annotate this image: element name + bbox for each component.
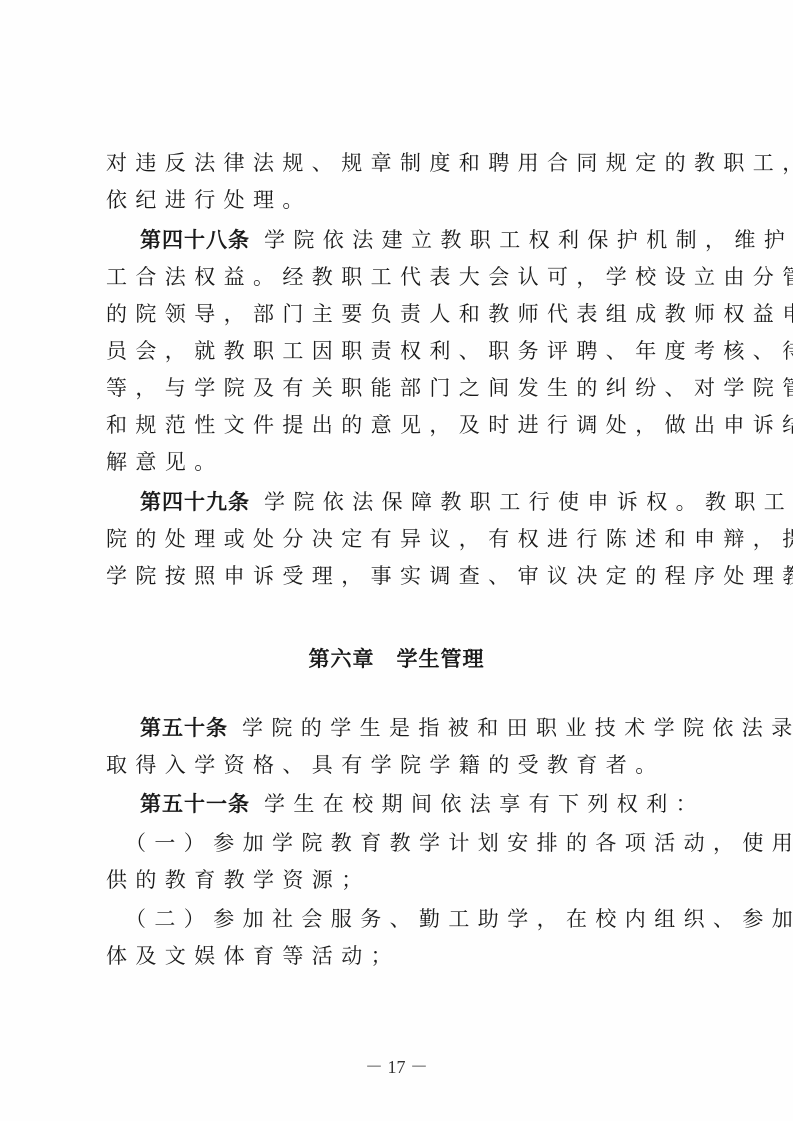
paragraph-line: 等，与学院及有关职能部门之间发生的纠纷、对学院管理制度 — [106, 375, 696, 401]
article-first-line: 第五十一条学生在校期间依法享有下列权利： — [140, 791, 730, 817]
paragraph-line: 解意见。 — [106, 449, 696, 475]
paragraph-line: 对违反法律法规、规章制度和聘用合同规定的教职工，依法依规 — [106, 150, 696, 176]
paragraph-line: 取得入学资格、具有学院学籍的受教育者。 — [106, 752, 696, 778]
article-first-line: 第四十九条学院依法保障教职工行使申诉权。教职工对学 — [140, 489, 730, 515]
list-item-line: 体及文娱体育等活动； — [106, 943, 696, 969]
document-page: 对违反法律法规、规章制度和聘用合同规定的教职工，依法依规 依纪进行处理。 第四十… — [0, 0, 793, 1121]
article-label: 第五十一条 — [140, 792, 250, 816]
paragraph-line: 工合法权益。经教职工代表大会认可，学校设立由分管纪检工作 — [106, 264, 696, 290]
article-first-line: 第五十条学院的学生是指被和田职业技术学院依法录取、 — [140, 715, 730, 741]
article-text: 学院依法建立教职工权利保护机制，维护教职 — [264, 228, 793, 252]
chapter-heading: 第六章学生管理 — [0, 643, 793, 673]
article-label: 第五十条 — [140, 716, 228, 740]
list-item-line: 供的教育教学资源； — [106, 867, 696, 893]
article-text: 学生在校期间依法享有下列权利： — [264, 792, 705, 816]
article-label: 第四十九条 — [140, 490, 250, 514]
article-text: 学院依法保障教职工行使申诉权。教职工对学 — [264, 490, 793, 514]
paragraph-line: 学院按照申诉受理，事实调查、审议决定的程序处理教职工申诉。 — [106, 563, 696, 589]
page-number: － 17 － — [0, 1053, 793, 1079]
article-text: 学院的学生是指被和田职业技术学院依法录取、 — [242, 716, 793, 740]
article-first-line: 第四十八条学院依法建立教职工权利保护机制，维护教职 — [140, 227, 730, 253]
paragraph-line: 依纪进行处理。 — [106, 187, 696, 213]
paragraph-line: 的院领导，部门主要负责人和教师代表组成教师权益申诉处理委 — [106, 301, 696, 327]
list-item-first-line: （一）参加学院教育教学计划安排的各项活动，使用学院提 — [125, 830, 715, 856]
paragraph-line: 院的处理或处分决定有异议，有权进行陈述和申辩，提起申诉。 — [106, 526, 696, 552]
article-label: 第四十八条 — [140, 228, 250, 252]
paragraph-line: 员会，就教职工因职责权利、职务评聘、年度考核、待遇及奖惩 — [106, 338, 696, 364]
chapter-number: 第六章 — [309, 647, 375, 671]
paragraph-line: 和规范性文件提出的意见，及时进行调处，做出申诉结论或调 — [106, 412, 696, 438]
list-item-first-line: （二）参加社会服务、勤工助学，在校内组织、参加学生团 — [125, 906, 715, 932]
chapter-title: 学生管理 — [397, 647, 485, 671]
